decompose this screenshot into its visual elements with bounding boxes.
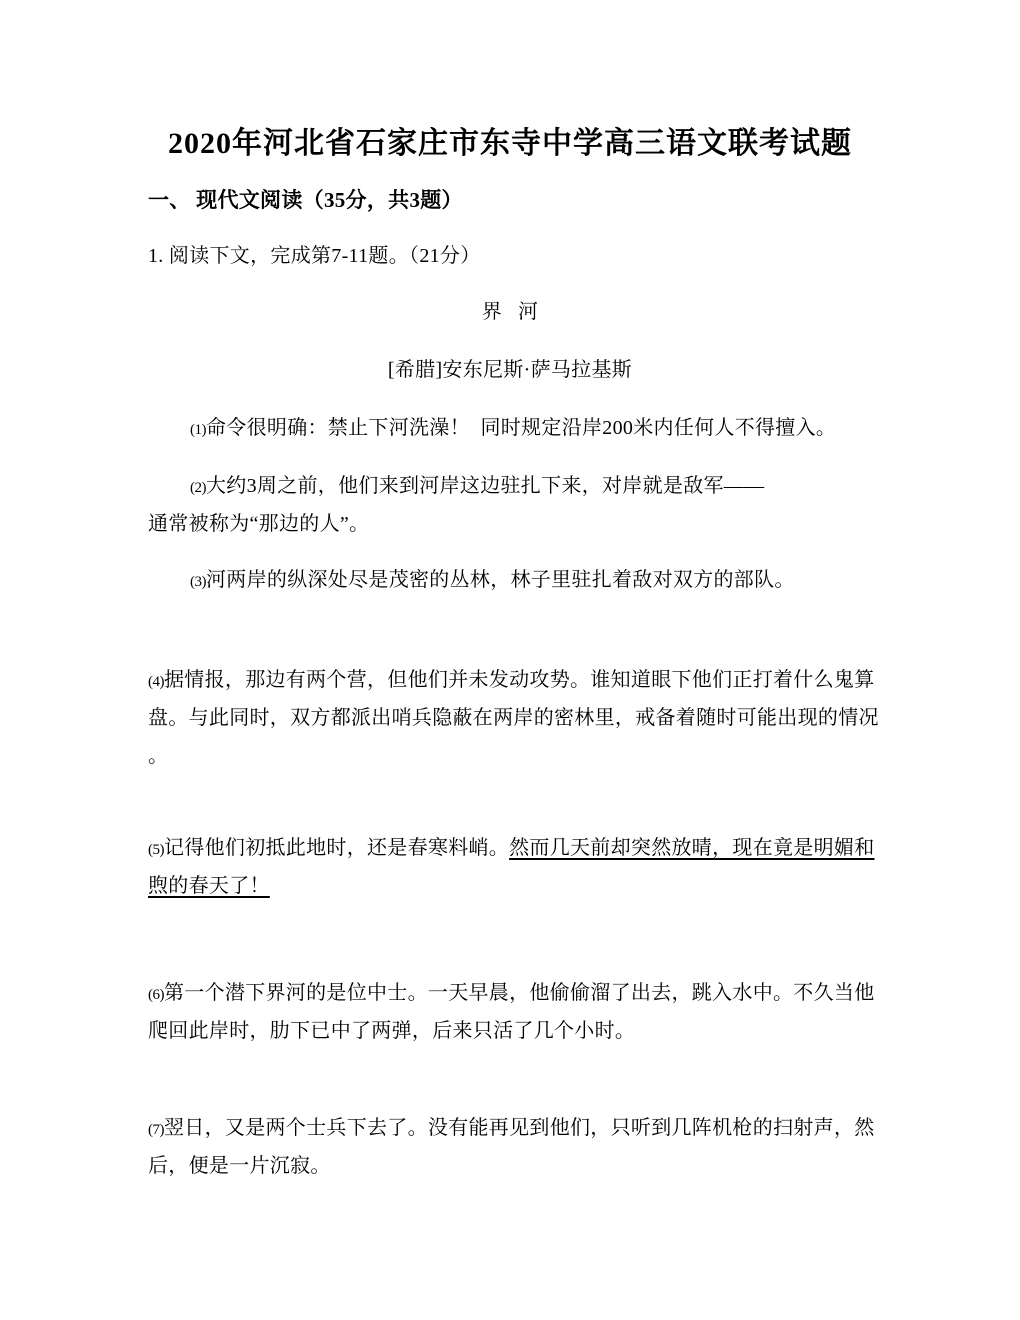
paragraph-1: (1)命令很明确：禁止下河洗澡！ 同时规定沿岸200米内任何人不得擅入。: [148, 416, 888, 454]
paragraph-5: (5)记得他们初抵此地时，还是春寒料峭。然而几天前却突然放晴，现在竟是明媚和 煦…: [148, 836, 888, 912]
paragraph-3-text: 河两岸的纵深处尽是茂密的丛林，林子里驻扎着敌对双方的部队。: [206, 569, 795, 591]
paragraph-4-line-3: 。: [148, 744, 888, 782]
paragraph-6-line-2: 爬回此岸时，肋下已中了两弹，后来只活了几个小时。: [148, 1019, 888, 1057]
paragraph-2-text-1: 大约3周之前，他们来到河岸这边驻扎下来，对岸就是敌军——: [206, 475, 764, 497]
paragraph-7-marker: (7): [148, 1122, 164, 1138]
paragraph-1-line-1: (1)命令很明确：禁止下河洗澡！ 同时规定沿岸200米内任何人不得擅入。: [148, 416, 888, 454]
paragraph-3-marker: (3): [190, 574, 206, 590]
paragraph-5-line-2: 煦的春天了！: [148, 874, 888, 912]
paragraph-7-line-2: 后，便是一片沉寂。: [148, 1154, 888, 1192]
paragraph-6-text-1: 第一个潜下界河的是位中士。一天早晨，他偷偷溜了出去，跳入水中。不久当他: [164, 982, 875, 1004]
paragraph-5-text-underlined-1: 然而几天前却突然放晴，现在竟是明媚和: [509, 837, 874, 859]
paragraph-6-marker: (6): [148, 987, 164, 1003]
section-heading: 一、 现代文阅读（35分，共3题）: [148, 184, 463, 214]
paragraph-6: (6)第一个潜下界河的是位中士。一天早晨，他偷偷溜了出去，跳入水中。不久当他 爬…: [148, 981, 888, 1057]
paragraph-1-text: 命令很明确：禁止下河洗澡！ 同时规定沿岸200米内任何人不得擅入。: [206, 417, 836, 439]
paragraph-2-line-1: (2)大约3周之前，他们来到河岸这边驻扎下来，对岸就是敌军——: [148, 474, 888, 512]
paragraph-5-text-underlined-2: 煦的春天了！: [148, 875, 270, 897]
paragraph-5-line-1: (5)记得他们初抵此地时，还是春寒料峭。然而几天前却突然放晴，现在竟是明媚和: [148, 836, 888, 874]
exam-document-page: 2020年河北省石家庄市东寺中学高三语文联考试题 一、 现代文阅读（35分，共3…: [0, 0, 1020, 1320]
paragraph-7-text-1: 翌日，又是两个士兵下去了。没有能再见到他们，只听到几阵机枪的扫射声，然: [164, 1117, 875, 1139]
paragraph-3: (3)河两岸的纵深处尽是茂密的丛林，林子里驻扎着敌对双方的部队。: [148, 568, 888, 606]
paragraph-4-text-3: 。: [148, 745, 168, 767]
paragraph-4-text-2: 盘。与此同时，双方都派出哨兵隐蔽在两岸的密林里，戒备着随时可能出现的情况: [148, 707, 879, 729]
paragraph-4-line-2: 盘。与此同时，双方都派出哨兵隐蔽在两岸的密林里，戒备着随时可能出现的情况: [148, 706, 888, 744]
paragraph-2-marker: (2): [190, 480, 206, 496]
paragraph-4-marker: (4): [148, 674, 164, 690]
paragraph-5-marker: (5): [148, 842, 164, 858]
question-intro: 1. 阅读下文，完成第7-11题。（21分）: [148, 239, 481, 268]
paragraph-7: (7)翌日，又是两个士兵下去了。没有能再见到他们，只听到几阵机枪的扫射声，然 后…: [148, 1116, 888, 1192]
paragraph-4-text-1: 据情报，那边有两个营，但他们并未发动攻势。谁知道眼下他们正打着什么鬼算: [164, 669, 875, 691]
paragraph-1-marker: (1): [190, 422, 206, 438]
paragraph-4-line-1: (4)据情报，那边有两个营，但他们并未发动攻势。谁知道眼下他们正打着什么鬼算: [148, 668, 888, 706]
paragraph-7-text-2: 后，便是一片沉寂。: [148, 1155, 331, 1177]
paragraph-6-line-1: (6)第一个潜下界河的是位中士。一天早晨，他偷偷溜了出去，跳入水中。不久当他: [148, 981, 888, 1019]
reading-author: [希腊]安东尼斯·萨马拉基斯: [0, 353, 1020, 382]
paragraph-2-text-2: 通常被称为“那边的人”。: [148, 513, 369, 535]
paragraph-2: (2)大约3周之前，他们来到河岸这边驻扎下来，对岸就是敌军—— 通常被称为“那边…: [148, 474, 888, 550]
paragraph-2-line-2: 通常被称为“那边的人”。: [148, 512, 888, 550]
paragraph-3-line-1: (3)河两岸的纵深处尽是茂密的丛林，林子里驻扎着敌对双方的部队。: [148, 568, 888, 606]
document-title: 2020年河北省石家庄市东寺中学高三语文联考试题: [0, 118, 1020, 162]
reading-work-title: 界 河: [0, 295, 1020, 324]
paragraph-5-text-normal: 记得他们初抵此地时，还是春寒料峭。: [164, 837, 509, 859]
paragraph-6-text-2: 爬回此岸时，肋下已中了两弹，后来只活了几个小时。: [148, 1020, 635, 1042]
paragraph-7-line-1: (7)翌日，又是两个士兵下去了。没有能再见到他们，只听到几阵机枪的扫射声，然: [148, 1116, 888, 1154]
paragraph-4: (4)据情报，那边有两个营，但他们并未发动攻势。谁知道眼下他们正打着什么鬼算 盘…: [148, 668, 888, 782]
